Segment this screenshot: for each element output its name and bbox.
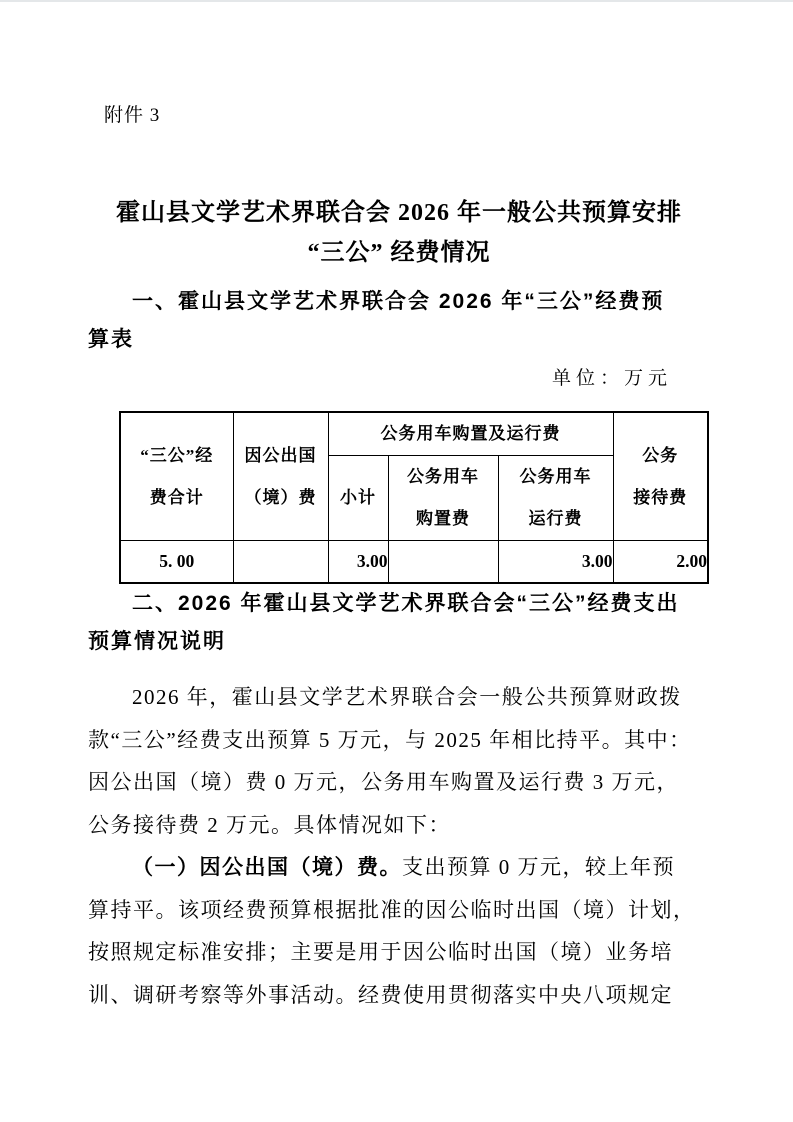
col-header-subtotal: 小计 — [328, 456, 388, 541]
cell-purchase-value — [388, 541, 498, 583]
cell-reception-value: 2.00 — [613, 541, 708, 583]
document-title: 霍山县文学艺术界联合会 2026 年一般公共预算安排 “三公” 经费情况 — [80, 193, 718, 273]
table-header-row-top: “三公”经 费合计 因公出国 （境）费 公务用车购置及运行费 公务 接待费 — [120, 412, 708, 456]
cell-total-value: 5. 00 — [120, 541, 233, 583]
table-data-row: 5. 00 3.00 3.00 2.00 — [120, 541, 708, 583]
col-header-reception: 公务 接待费 — [613, 412, 708, 541]
col-header-purchase: 公务用车 购置费 — [388, 456, 498, 541]
unit-label: 单位：万元 — [88, 363, 672, 390]
cell-subtotal-value: 3.00 — [328, 541, 388, 583]
paragraph-overview: 2026 年，霍山县文学艺术界联合会一般公共预算财政拨 款“三公”经费支出预算 … — [88, 676, 728, 846]
col-header-vehicle-group: 公务用车购置及运行费 — [328, 412, 613, 456]
section-heading-2: 二、2026 年霍山县文学艺术界联合会“三公”经费支出 预算情况说明 — [88, 585, 728, 661]
cell-operation-value: 3.00 — [498, 541, 613, 583]
attachment-label: 附件 3 — [104, 100, 160, 127]
paragraph-abroad: （一）因公出国（境）费。支出预算 0 万元，较上年预 算持平。该项经费预算根据批… — [88, 846, 728, 1016]
cell-abroad-value — [233, 541, 328, 583]
body-text: 2026 年，霍山县文学艺术界联合会一般公共预算财政拨 款“三公”经费支出预算 … — [88, 676, 728, 1016]
col-header-abroad: 因公出国 （境）费 — [233, 412, 328, 541]
budget-table: “三公”经 费合计 因公出国 （境）费 公务用车购置及运行费 公务 接待费 小计… — [119, 411, 709, 584]
col-header-total: “三公”经 费合计 — [120, 412, 233, 541]
document-page: 附件 3 霍山县文学艺术界联合会 2026 年一般公共预算安排 “三公” 经费情… — [0, 0, 793, 1122]
section-heading-1: 一、霍山县文学艺术界联合会 2026 年“三公”经费预 算表 — [88, 283, 728, 359]
col-header-operation: 公务用车 运行费 — [498, 456, 613, 541]
paragraph-abroad-lead: （一）因公出国（境）费。 — [132, 855, 402, 879]
